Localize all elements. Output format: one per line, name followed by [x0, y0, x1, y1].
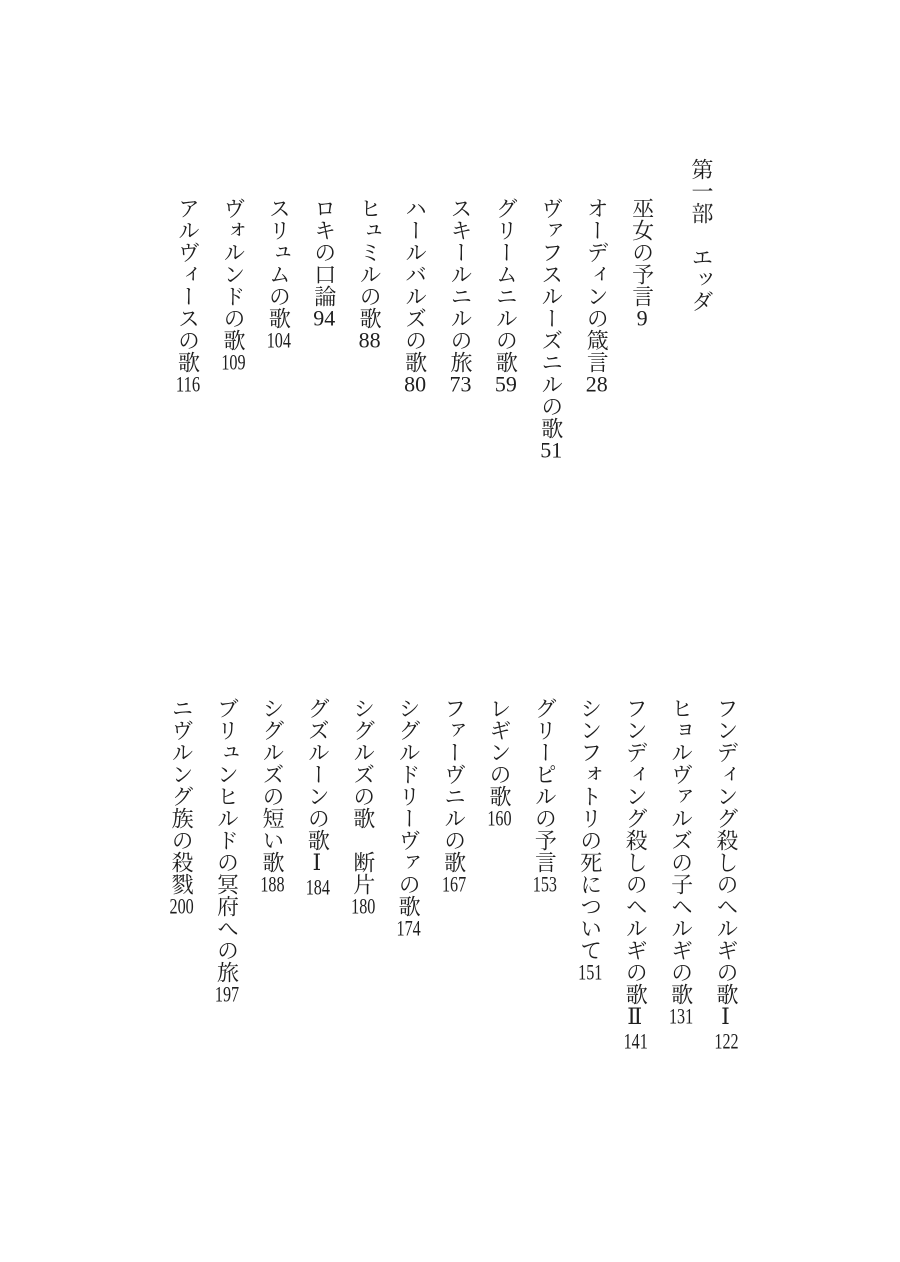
entry-title: ハールバルズの歌	[403, 197, 428, 373]
entry-page-number: 200	[169, 895, 194, 917]
toc-section-part2: フンディング殺しのヘルギの歌Ⅰ122ヒョルヴァルズの子ヘルギの歌131フンディン…	[159, 697, 749, 1117]
entry-title: スリュムの歌	[266, 197, 291, 329]
toc-entry: シグルドリーヴァの歌174	[386, 697, 431, 1117]
entry-title: ヒョルヴァルズの子ヘルギの歌	[669, 697, 694, 1005]
toc-entry: ヒュミルの歌88	[347, 158, 392, 538]
entry-title: ニヴルング族の殺戮	[169, 697, 194, 895]
toc-entry: オーディンの箴言28	[574, 158, 619, 538]
book-toc-page: { "colors": { "ink": "#1f1f1f", "paper":…	[0, 0, 900, 1262]
entry-page-number: 151	[578, 961, 603, 983]
entry-page-number: 59	[493, 373, 518, 395]
toc-entry: フンディング殺しのヘルギの歌Ⅰ122	[704, 697, 749, 1117]
toc-entry: グリーピルの予言153	[522, 697, 567, 1117]
entry-title: ヴォルンドの歌	[221, 197, 246, 351]
toc-entry: グリームニルの歌59	[483, 158, 528, 538]
toc-entry: レギンの歌160	[477, 697, 522, 1117]
entry-title: グリーピルの予言	[532, 697, 557, 873]
toc-entry: ロキの口論94	[301, 158, 346, 538]
entry-title: ヴァフスルーズニルの歌	[539, 197, 564, 439]
entry-title: ロキの口論	[312, 197, 337, 307]
entry-page-number: 160	[487, 807, 512, 829]
entry-page-number: 174	[396, 917, 421, 939]
entry-title: シグルドリーヴァの歌	[396, 697, 421, 917]
entry-title: レギンの歌	[487, 697, 512, 807]
entry-page-number: 94	[312, 307, 337, 329]
toc-entry: ブリュンヒルドの冥府への旅197	[204, 697, 249, 1117]
toc-entry: シグルズの短い歌188	[250, 697, 295, 1117]
entry-title: グズルーンの歌Ⅰ	[305, 697, 330, 876]
toc-entry: シグルズの歌 断片180	[340, 697, 385, 1117]
toc-section-part1: 第一部 エッダ 巫女の予言9オーディンの箴言28ヴァフスルーズニルの歌51グリー…	[165, 158, 724, 538]
entry-page-number: 109	[221, 351, 246, 373]
entry-title: スキールニルの旅	[448, 197, 473, 373]
toc-entry: ハールバルズの歌80	[392, 158, 437, 538]
toc-entry: ファーヴニルの歌167	[431, 697, 476, 1117]
entry-page-number: 188	[260, 873, 285, 895]
toc-entry: アルヴィースの歌116	[165, 158, 210, 538]
toc-entry: ヴァフスルーズニルの歌51	[528, 158, 573, 538]
toc-entries-part1: 巫女の予言9オーディンの箴言28ヴァフスルーズニルの歌51グリームニルの歌59ス…	[165, 158, 664, 538]
entry-page-number: 153	[532, 873, 557, 895]
toc-entry: 巫女の予言9	[619, 158, 664, 538]
part-title: 第一部 エッダ	[679, 158, 724, 538]
toc-entry: シンフォトリの死について151	[567, 697, 612, 1117]
toc-entry: スキールニルの旅73	[438, 158, 483, 538]
entry-page-number: 80	[403, 373, 428, 395]
entry-title: ブリュンヒルドの冥府への旅	[215, 697, 240, 983]
toc-entry: スリュムの歌104	[256, 158, 301, 538]
entry-page-number: 28	[584, 373, 609, 395]
entry-page-number: 141	[623, 1030, 648, 1052]
entry-page-number: 73	[448, 373, 473, 395]
entry-title: アルヴィースの歌	[176, 197, 201, 373]
entry-title: シグルズの歌 断片	[351, 697, 376, 895]
entry-title: オーディンの箴言	[584, 197, 609, 373]
toc-entries-part2: フンディング殺しのヘルギの歌Ⅰ122ヒョルヴァルズの子ヘルギの歌131フンディン…	[159, 697, 749, 1117]
entry-page-number: 122	[714, 1030, 739, 1052]
entry-page-number: 184	[305, 876, 330, 898]
entry-title: ファーヴニルの歌	[442, 697, 467, 873]
entry-page-number: 104	[266, 329, 291, 351]
entry-title: ヒュミルの歌	[357, 197, 382, 329]
entry-title: フンディング殺しのヘルギの歌Ⅱ	[623, 697, 648, 1030]
entry-title: グリームニルの歌	[493, 197, 518, 373]
entry-page-number: 51	[539, 439, 564, 461]
toc-entry: ヴォルンドの歌109	[211, 158, 256, 538]
entry-page-number: 180	[351, 895, 376, 917]
entry-page-number: 9	[630, 307, 655, 329]
toc-entry: グズルーンの歌Ⅰ184	[295, 697, 340, 1117]
toc-entry: ニヴルング族の殺戮200	[159, 697, 204, 1117]
entry-title: 巫女の予言	[630, 197, 655, 307]
entry-page-number: 116	[176, 373, 201, 395]
toc-entry: ヒョルヴァルズの子ヘルギの歌131	[658, 697, 703, 1117]
entry-title: シグルズの短い歌	[260, 697, 285, 873]
entry-title: シンフォトリの死について	[578, 697, 603, 961]
entry-page-number: 131	[669, 1005, 694, 1027]
entry-title: フンディング殺しのヘルギの歌Ⅰ	[714, 697, 739, 1030]
entry-page-number: 167	[442, 873, 467, 895]
entry-page-number: 88	[357, 329, 382, 351]
toc-entry: フンディング殺しのヘルギの歌Ⅱ141	[613, 697, 658, 1117]
entry-page-number: 197	[215, 983, 240, 1005]
